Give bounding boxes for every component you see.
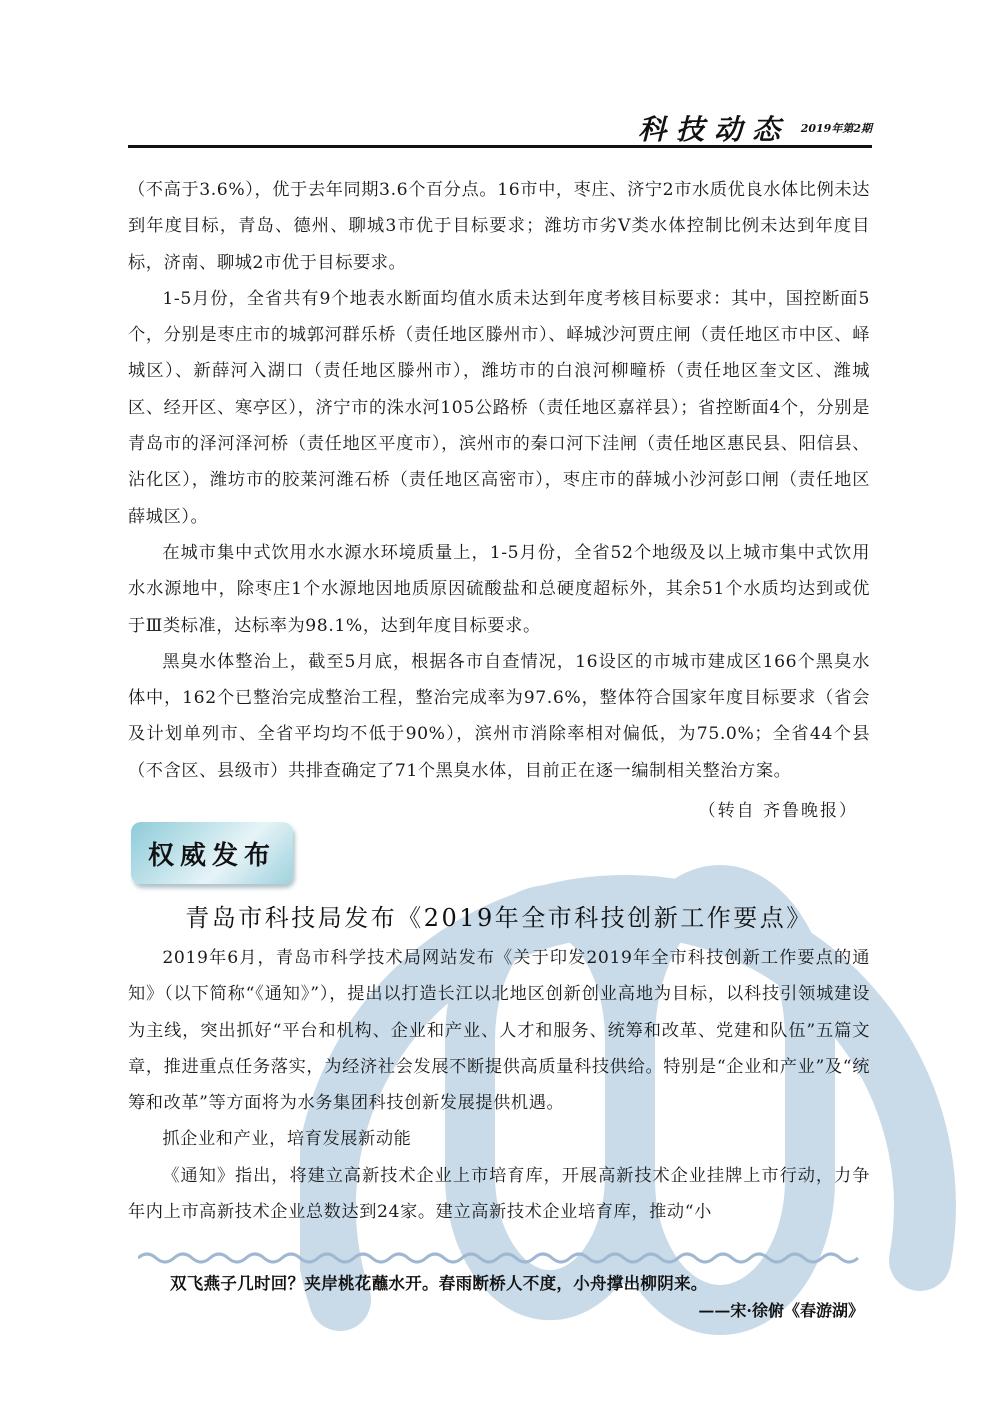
page-header: 科技动态 2019年第2期 bbox=[128, 108, 872, 148]
header-rule bbox=[128, 145, 872, 148]
section-water-quality: （不高于3.6%），优于去年同期3.6个百分点。16市中，枣庄、济宁2市水质优良… bbox=[128, 172, 870, 829]
paragraph: 《通知》指出，将建立高新技术企业上市培育库，开展高新技术企业挂牌上市行动，力争年… bbox=[128, 1158, 870, 1231]
paragraph: 黑臭水体整治上，截至5月底，根据各市自查情况，16设区的市城市建成区166个黑臭… bbox=[128, 644, 870, 789]
article-body: 2019年6月，青岛市科学技术局网站发布《关于印发2019年全市科技创新工作要点… bbox=[128, 940, 870, 1230]
article-title: 青岛市科技局发布《2019年全市科技创新工作要点》 bbox=[128, 898, 870, 933]
section-badge-label: 权威发布 bbox=[148, 835, 276, 872]
section-badge: 权威发布 bbox=[131, 822, 293, 884]
footer-poem: 双飞燕子几时回？夹岸桃花蘸水开。春雨断桥人不度，小舟撑出柳阴来。 bbox=[170, 1270, 708, 1294]
wave-divider-icon bbox=[138, 1250, 868, 1264]
paragraph: 1-5月份，全省共有9个地表水断面均值水质未达到年度考核目标要求：其中，国控断面… bbox=[128, 281, 870, 535]
paragraph: 2019年6月，青岛市科学技术局网站发布《关于印发2019年全市科技创新工作要点… bbox=[128, 940, 870, 1121]
issue-label: 2019年第2期 bbox=[801, 120, 872, 136]
paragraph: 在城市集中式饮用水水源水环境质量上，1-5月份，全省52个地级及以上城市集中式饮… bbox=[128, 535, 870, 644]
subheading-paragraph: 抓企业和产业，培育发展新动能 bbox=[128, 1121, 870, 1157]
paragraph: （不高于3.6%），优于去年同期3.6个百分点。16市中，枣庄、济宁2市水质优良… bbox=[128, 172, 870, 281]
journal-title: 科技动态 bbox=[638, 108, 790, 148]
poem-attribution: ——宋·徐俯《春游湖》 bbox=[698, 1298, 864, 1321]
